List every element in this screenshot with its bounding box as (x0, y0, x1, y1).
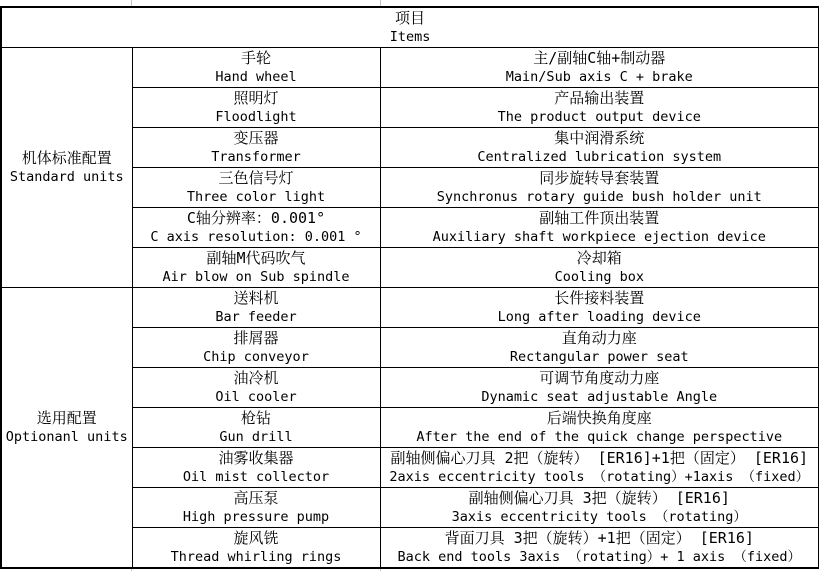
desc-zh: 副轴侧偏心刀具 2把（旋转） [ER16]+1把（固定） [ER16] (390, 448, 808, 468)
desc-en: After the end of the quick change perspe… (416, 428, 782, 447)
group-label-zh: 选用配置 (37, 408, 97, 428)
desc-cell: 背面刀具 3把（旋转）+1把（固定） [ER16] Back end tools… (380, 528, 819, 569)
item-zh: C轴分辨率：0.001° (187, 208, 325, 228)
desc-zh: 集中润滑系统 (554, 128, 644, 148)
item-en: Floodlight (215, 108, 296, 127)
item-en: Three color light (187, 188, 325, 207)
desc-zh: 同步旋转导套装置 (539, 168, 659, 188)
item-zh: 旋风铣 (233, 528, 278, 548)
item-zh: 送料机 (233, 288, 278, 308)
desc-en: Cooling box (555, 268, 644, 287)
item-en: C axis resolution: 0.001 ° (150, 228, 361, 247)
item-cell: 枪钻 Gun drill (132, 408, 380, 448)
desc-en: Auxiliary shaft workpiece ejection devic… (433, 228, 766, 247)
item-cell: 三色信号灯 Three color light (132, 168, 380, 208)
item-en: Air blow on Sub spindle (163, 268, 350, 287)
item-en: Oil cooler (215, 388, 296, 407)
item-cell: 旋风铣 Thread whirling rings (132, 528, 380, 569)
item-zh: 副轴M代码吹气 (206, 248, 305, 268)
group-label-zh: 机体标准配置 (22, 148, 112, 168)
item-zh: 油雾收集器 (218, 448, 293, 468)
desc-zh: 直角动力座 (562, 328, 637, 348)
table-row: 项目 Items (1, 7, 819, 48)
desc-zh: 长件接料装置 (554, 288, 644, 308)
desc-cell: 长件接料装置 Long after loading device (380, 288, 819, 328)
desc-zh: 主/副轴C轴+制动器 (533, 48, 665, 68)
desc-en: Long after loading device (498, 308, 701, 327)
item-en: High pressure pump (183, 508, 329, 527)
header-cell: 项目 Items (1, 7, 819, 48)
item-cell: 高压泵 High pressure pump (132, 488, 380, 528)
desc-cell: 副轴工件顶出装置 Auxiliary shaft workpiece eject… (380, 208, 819, 248)
desc-zh: 后端快换角度座 (547, 408, 652, 428)
desc-en: 2axis eccentricity tools （rotating）+1axi… (389, 468, 809, 487)
item-en: Hand wheel (215, 68, 296, 87)
spec-table: 项目 Items 机体标准配置 Standard units 手轮 Hand w… (0, 6, 819, 569)
desc-cell: 主/副轴C轴+制动器 Main/Sub axis C + brake (380, 48, 819, 88)
desc-cell: 产品输出装置 The product output device (380, 88, 819, 128)
header-title-en: Items (390, 28, 431, 47)
desc-en: Dynamic seat adjustable Angle (481, 388, 717, 407)
group-label-en: Optionanl units (6, 428, 128, 447)
item-cell: 排屑器 Chip conveyor (132, 328, 380, 368)
item-zh: 油冷机 (233, 368, 278, 388)
item-cell: 照明灯 Floodlight (132, 88, 380, 128)
desc-cell: 直角动力座 Rectangular power seat (380, 328, 819, 368)
desc-cell: 集中润滑系统 Centralized lubrication system (380, 128, 819, 168)
table-row: 机体标准配置 Standard units 手轮 Hand wheel 主/副轴… (1, 48, 819, 88)
item-zh: 变压器 (233, 128, 278, 148)
group-label-optional-units: 选用配置 Optionanl units (1, 288, 132, 569)
desc-en: The product output device (498, 108, 701, 127)
table-row: 选用配置 Optionanl units 送料机 Bar feeder 长件接料… (1, 288, 819, 328)
desc-cell: 可调节角度动力座 Dynamic seat adjustable Angle (380, 368, 819, 408)
desc-zh: 可调节角度动力座 (539, 368, 659, 388)
item-zh: 照明灯 (233, 88, 278, 108)
item-cell: 油冷机 Oil cooler (132, 368, 380, 408)
item-cell: 副轴M代码吹气 Air blow on Sub spindle (132, 248, 380, 288)
desc-cell: 副轴侧偏心刀具 3把（旋转） [ER16] 3axis eccentricity… (380, 488, 819, 528)
item-cell: 油雾收集器 Oil mist collector (132, 448, 380, 488)
desc-zh: 产品输出装置 (554, 88, 644, 108)
item-en: Bar feeder (215, 308, 296, 327)
item-en: Chip conveyor (203, 348, 309, 367)
item-en: Oil mist collector (183, 468, 329, 487)
item-cell: 送料机 Bar feeder (132, 288, 380, 328)
desc-en: Back end tools 3axis （rotating）+ 1 axis … (398, 548, 802, 567)
item-cell: C轴分辨率：0.001° C axis resolution: 0.001 ° (132, 208, 380, 248)
item-cell: 手轮 Hand wheel (132, 48, 380, 88)
desc-en: Main/Sub axis C + brake (506, 68, 693, 87)
desc-cell: 副轴侧偏心刀具 2把（旋转） [ER16]+1把（固定） [ER16] 2axi… (380, 448, 819, 488)
item-en: Transformer (211, 148, 300, 167)
item-zh: 手轮 (241, 48, 271, 68)
desc-en: Centralized lubrication system (477, 148, 721, 167)
desc-zh: 副轴工件顶出装置 (539, 208, 659, 228)
desc-cell: 同步旋转导套装置 Synchronus rotary guide bush ho… (380, 168, 819, 208)
item-zh: 枪钻 (241, 408, 271, 428)
desc-zh: 冷却箱 (577, 248, 622, 268)
desc-zh: 副轴侧偏心刀具 3把（旋转） [ER16] (469, 488, 730, 508)
spreadsheet-canvas: 项目 Items 机体标准配置 Standard units 手轮 Hand w… (0, 0, 819, 571)
header-title-zh: 项目 (395, 8, 425, 28)
item-zh: 三色信号灯 (218, 168, 293, 188)
item-en: Gun drill (219, 428, 292, 447)
desc-cell: 后端快换角度座 After the end of the quick chang… (380, 408, 819, 448)
desc-zh: 背面刀具 3把（旋转）+1把（固定） [ER16] (445, 528, 754, 548)
group-label-standard-units: 机体标准配置 Standard units (1, 48, 132, 288)
item-zh: 排屑器 (233, 328, 278, 348)
item-zh: 高压泵 (233, 488, 278, 508)
desc-en: 3axis eccentricity tools （rotating） (452, 508, 747, 527)
desc-en: Rectangular power seat (510, 348, 689, 367)
item-en: Thread whirling rings (171, 548, 342, 567)
group-label-en: Standard units (10, 168, 124, 187)
desc-en: Synchronus rotary guide bush holder unit (437, 188, 762, 207)
item-cell: 变压器 Transformer (132, 128, 380, 168)
desc-cell: 冷却箱 Cooling box (380, 248, 819, 288)
